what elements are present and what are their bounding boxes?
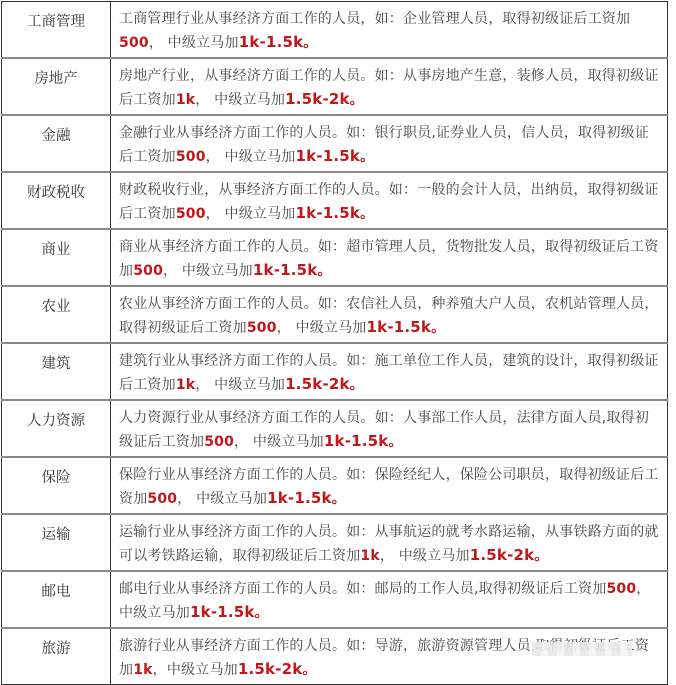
- primary-raise: 500: [176, 149, 206, 165]
- primary-raise: 1k: [176, 92, 195, 108]
- primary-raise: 1k: [360, 548, 379, 564]
- end-punct: 。: [360, 206, 374, 222]
- table-row: 金融 金融行业从事经济方面工作的人员。如：银行职员,证券业人员，信人员，取得初级…: [2, 115, 668, 172]
- primary-raise: 500: [247, 320, 277, 336]
- industry-cell: 保险: [2, 457, 111, 514]
- mid-text: ， 中级立马加: [149, 35, 239, 51]
- mid-text: ， 中级立马加: [195, 92, 285, 108]
- description-cell: 保险行业从事经济方面工作的人员。如：保险经纪人，保险公司职员，取得初级证后工资加…: [111, 457, 668, 514]
- table-row: 财政税收 财政税收行业，从事经济方面工作的人员。如：一般的会计人员，出纳员，取得…: [2, 172, 668, 229]
- intermediate-raise: 1.5k-2k: [285, 375, 350, 393]
- description-cell: 运输行业从事经济方面工作的人员。如：从事航运的就考水路运输，从事铁路方面的就可以…: [111, 514, 668, 571]
- watermark-blur: [532, 642, 632, 656]
- end-punct: 。: [302, 662, 316, 675]
- primary-raise: 500: [147, 491, 177, 507]
- end-punct: 。: [360, 149, 374, 165]
- description-cell: 房地产行业，从事经济方面工作的人员。如：从事房地产生意，装修人员，取得初级证后工…: [111, 58, 668, 115]
- description-cell: 邮电行业从事经济方面工作的人员。如：邮局的工作人员,取得初级证后工资加500， …: [111, 571, 668, 628]
- intermediate-raise: 1.5k-2k: [238, 660, 303, 675]
- industry-cell: 商业: [2, 229, 111, 286]
- industry-cell: 房地产: [2, 58, 111, 115]
- intermediate-raise: 1.5k-2k: [470, 546, 535, 564]
- industry-cell: 运输: [2, 514, 111, 571]
- table-row: 人力资源 人力资源行业从事经济方面工作的人员。如：人事部工作人员，法律方面人员,…: [2, 400, 668, 457]
- industry-cell: 金融: [2, 115, 111, 172]
- end-punct: 。: [255, 605, 269, 621]
- intermediate-raise: 1k-1.5k: [324, 432, 389, 450]
- end-punct: 。: [303, 35, 317, 51]
- mid-text: ， 中级立马加: [277, 320, 367, 336]
- mid-text: ， 中级立马加: [234, 434, 324, 450]
- end-punct: 。: [431, 320, 445, 336]
- industry-cell: 农业: [2, 286, 111, 343]
- primary-raise: 500: [176, 206, 206, 222]
- description-cell: 财政税收行业，从事经济方面工作的人员。如：一般的会计人员，出纳员，取得初级证后工…: [111, 172, 668, 229]
- end-punct: 。: [317, 263, 331, 279]
- intermediate-raise: 1k-1.5k: [296, 204, 361, 222]
- table-row: 邮电 邮电行业从事经济方面工作的人员。如：邮局的工作人员,取得初级证后工资加50…: [2, 571, 668, 628]
- end-punct: 。: [350, 377, 364, 393]
- table-row: 房地产 房地产行业，从事经济方面工作的人员。如：从事房地产生意，装修人员，取得初…: [2, 58, 668, 115]
- table-row: 运输 运输行业从事经济方面工作的人员。如：从事航运的就考水路运输，从事铁路方面的…: [2, 514, 668, 571]
- intermediate-raise: 1k-1.5k: [239, 33, 304, 51]
- description-cell: 商业从事经济方面工作的人员。如：超市管理人员，货物批发人员，取得初级证后工资加5…: [111, 229, 668, 286]
- end-punct: 。: [534, 548, 548, 564]
- industry-cell: 财政税收: [2, 172, 111, 229]
- primary-raise: 500: [133, 263, 163, 279]
- industry-cell: 邮电: [2, 571, 111, 628]
- intermediate-raise: 1.5k-2k: [285, 90, 350, 108]
- description-cell: 农业从事经济方面工作的人员。如：农信社人员，种养殖大户人员，农机站管理人员，取得…: [111, 286, 668, 343]
- industry-cell: 旅游: [2, 628, 111, 675]
- primary-raise: 500: [204, 434, 234, 450]
- description-cell: 人力资源行业从事经济方面工作的人员。如：人事部工作人员，法律方面人员,取得初级证…: [111, 400, 668, 457]
- description-text: 邮电行业从事经济方面工作的人员。如：邮局的工作人员,取得初级证后工资加: [119, 581, 606, 597]
- mid-text: ， 中级立马加: [177, 491, 267, 507]
- mid-text: ， 中级立马加: [195, 377, 285, 393]
- end-punct: 。: [332, 491, 346, 507]
- intermediate-raise: 1k-1.5k: [267, 489, 332, 507]
- end-punct: 。: [388, 434, 402, 450]
- primary-raise: 1k: [176, 377, 195, 393]
- description-cell: 工商管理行业从事经济方面工作的人员，如：企业管理人员，取得初级证后工资加500，…: [111, 2, 668, 59]
- table-row: 保险 保险行业从事经济方面工作的人员。如：保险经纪人，保险公司职员，取得初级证后…: [2, 457, 668, 514]
- table-row: 工商管理 工商管理行业从事经济方面工作的人员，如：企业管理人员，取得初级证后工资…: [2, 2, 668, 59]
- industry-cell: 工商管理: [2, 2, 111, 59]
- description-cell: 建筑行业从事经济方面工作的人员。如：施工单位工作人员，建筑的设计，取得初级证后工…: [111, 343, 668, 400]
- table-row: 建筑 建筑行业从事经济方面工作的人员。如：施工单位工作人员，建筑的设计，取得初级…: [2, 343, 668, 400]
- intermediate-raise: 1k-1.5k: [296, 147, 361, 165]
- intermediate-raise: 1k-1.5k: [253, 261, 318, 279]
- intermediate-raise: 1k-1.5k: [190, 603, 255, 621]
- mid-text: ， 中级立马加: [163, 263, 253, 279]
- description-text: 工商管理行业从事经济方面工作的人员，如：企业管理人员，取得初级证后工资加: [119, 11, 630, 27]
- table-row: 农业 农业从事经济方面工作的人员。如：农信社人员，种养殖大户人员，农机站管理人员…: [2, 286, 668, 343]
- primary-raise: 1k: [133, 662, 152, 675]
- industry-cell: 人力资源: [2, 400, 111, 457]
- description-cell: 金融行业从事经济方面工作的人员。如：银行职员,证券业人员，信人员，取得初级证后工…: [111, 115, 668, 172]
- end-punct: 。: [350, 92, 364, 108]
- mid-text: ， 中级立马加: [206, 206, 296, 222]
- industry-salary-table: 工商管理 工商管理行业从事经济方面工作的人员，如：企业管理人员，取得初级证后工资…: [1, 1, 668, 675]
- mid-text: ， 中级立马加: [380, 548, 470, 564]
- primary-raise: 500: [606, 581, 636, 597]
- table-row: 商业 商业从事经济方面工作的人员。如：超市管理人员，货物批发人员，取得初级证后工…: [2, 229, 668, 286]
- mid-text: ， 中级立马加: [206, 149, 296, 165]
- primary-raise: 500: [119, 35, 149, 51]
- industry-cell: 建筑: [2, 343, 111, 400]
- intermediate-raise: 1k-1.5k: [367, 318, 432, 336]
- mid-text: ，中级立马加: [153, 662, 238, 675]
